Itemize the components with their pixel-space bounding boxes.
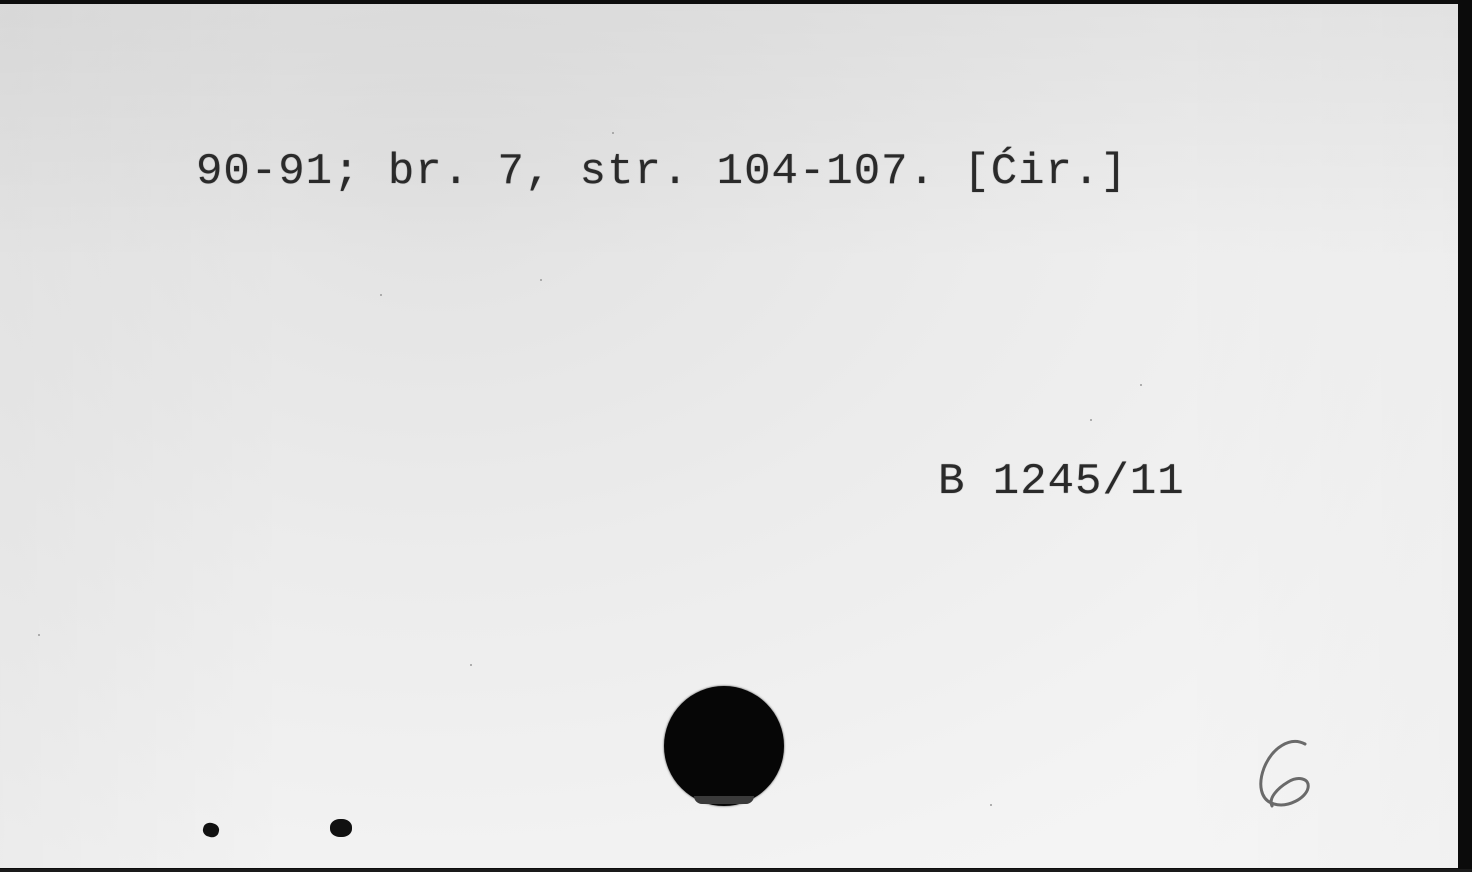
ink-blot-icon xyxy=(201,821,220,839)
punch-hole-icon xyxy=(664,686,784,806)
paper-speck xyxy=(380,294,382,296)
paper-speck xyxy=(38,634,40,636)
handwritten-number-six-icon xyxy=(1250,734,1320,814)
citation-line: 90-91; br. 7, str. 104-107. [Ćir.] xyxy=(196,144,1128,200)
scan-frame-edge xyxy=(1458,0,1472,872)
paper-speck xyxy=(1140,384,1142,386)
paper-speck xyxy=(470,664,472,666)
catalog-card: 90-91; br. 7, str. 104-107. [Ćir.] B 124… xyxy=(0,4,1458,868)
paper-speck xyxy=(540,279,542,281)
paper-speck xyxy=(612,132,614,134)
call-number: B 1245/11 xyxy=(938,454,1185,510)
paper-speck xyxy=(990,804,992,806)
ink-blot-icon xyxy=(330,819,352,837)
paper-speck xyxy=(1090,419,1092,421)
